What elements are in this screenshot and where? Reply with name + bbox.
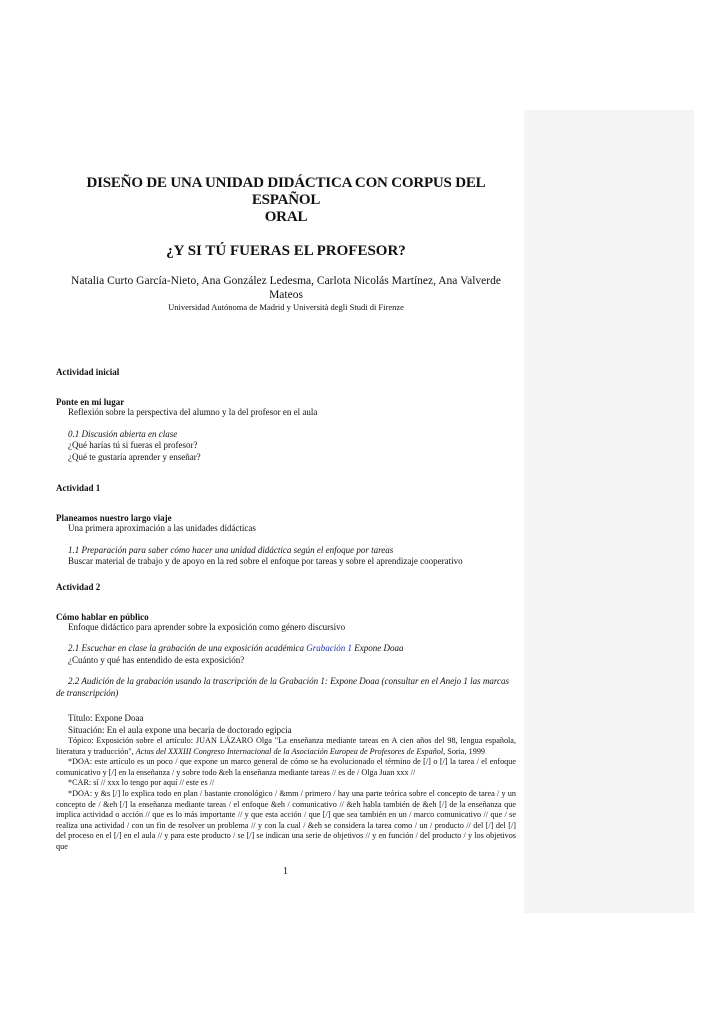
item-title: 2.2 Audición de la grabación usando la t… (56, 676, 516, 699)
authors: Natalia Curto García-Nieto, Ana González… (56, 274, 516, 302)
document-title: DISEÑO DE UNA UNIDAD DIDÁCTICA CON CORPU… (56, 175, 516, 226)
transcript-topic: Tópico: Exposición sobre el artículo: JU… (56, 736, 516, 757)
recording-link[interactable]: Grabación 1 (306, 643, 352, 653)
transcript: Título: Expone Doaa Situación: En el aul… (56, 713, 516, 853)
document-page: DISEÑO DE UNA UNIDAD DIDÁCTICA CON CORPU… (56, 175, 516, 853)
section-heading: Actividad 1 (56, 483, 516, 493)
transcript-situation: Situación: En el aula expone una becaria… (56, 725, 516, 737)
transcript-line: *CAR: sí // xxx lo tengo por aquí // est… (56, 778, 516, 789)
transcript-title: Título: Expone Doaa (56, 713, 516, 725)
question: ¿Cuánto y qué has entendido de esta expo… (56, 655, 516, 667)
section-description: Una primera aproximación a las unidades … (56, 523, 516, 535)
section-heading: Actividad inicial (56, 367, 516, 377)
item-title: 2.1 Escuchar en clase la grabación de un… (56, 643, 516, 655)
item-title: 0.1 Discusión abierta en clase (56, 429, 516, 441)
item-title: 1.1 Preparación para saber cómo hacer un… (56, 545, 516, 557)
transcript-line: *DOA: y &s [/] lo explica todo en plan /… (56, 789, 516, 853)
question: ¿Qué te gustaría aprender y enseñar? (56, 452, 516, 464)
item-text: Buscar material de trabajo y de apoyo en… (56, 556, 516, 568)
comment-margin-pane (524, 110, 694, 913)
section-heading: Actividad 2 (56, 582, 516, 592)
affiliation: Universidad Autónoma de Madrid y Univers… (56, 302, 516, 313)
section-subheading: Ponte en mi lugar (56, 397, 516, 407)
section-description: Enfoque didáctico para aprender sobre la… (56, 622, 516, 634)
section-subheading: Cómo hablar en público (56, 612, 516, 622)
section-subheading: Planeamos nuestro largo viaje (56, 513, 516, 523)
transcript-line: *DOA: este artículo es un poco / que exp… (56, 757, 516, 778)
section-description: Reflexión sobre la perspectiva del alumn… (56, 407, 516, 419)
document-subtitle: ¿Y SI TÚ FUERAS EL PROFESOR? (56, 243, 516, 260)
page-number: 1 (283, 866, 288, 877)
question: ¿Qué harías tú si fueras el profesor? (56, 440, 516, 452)
